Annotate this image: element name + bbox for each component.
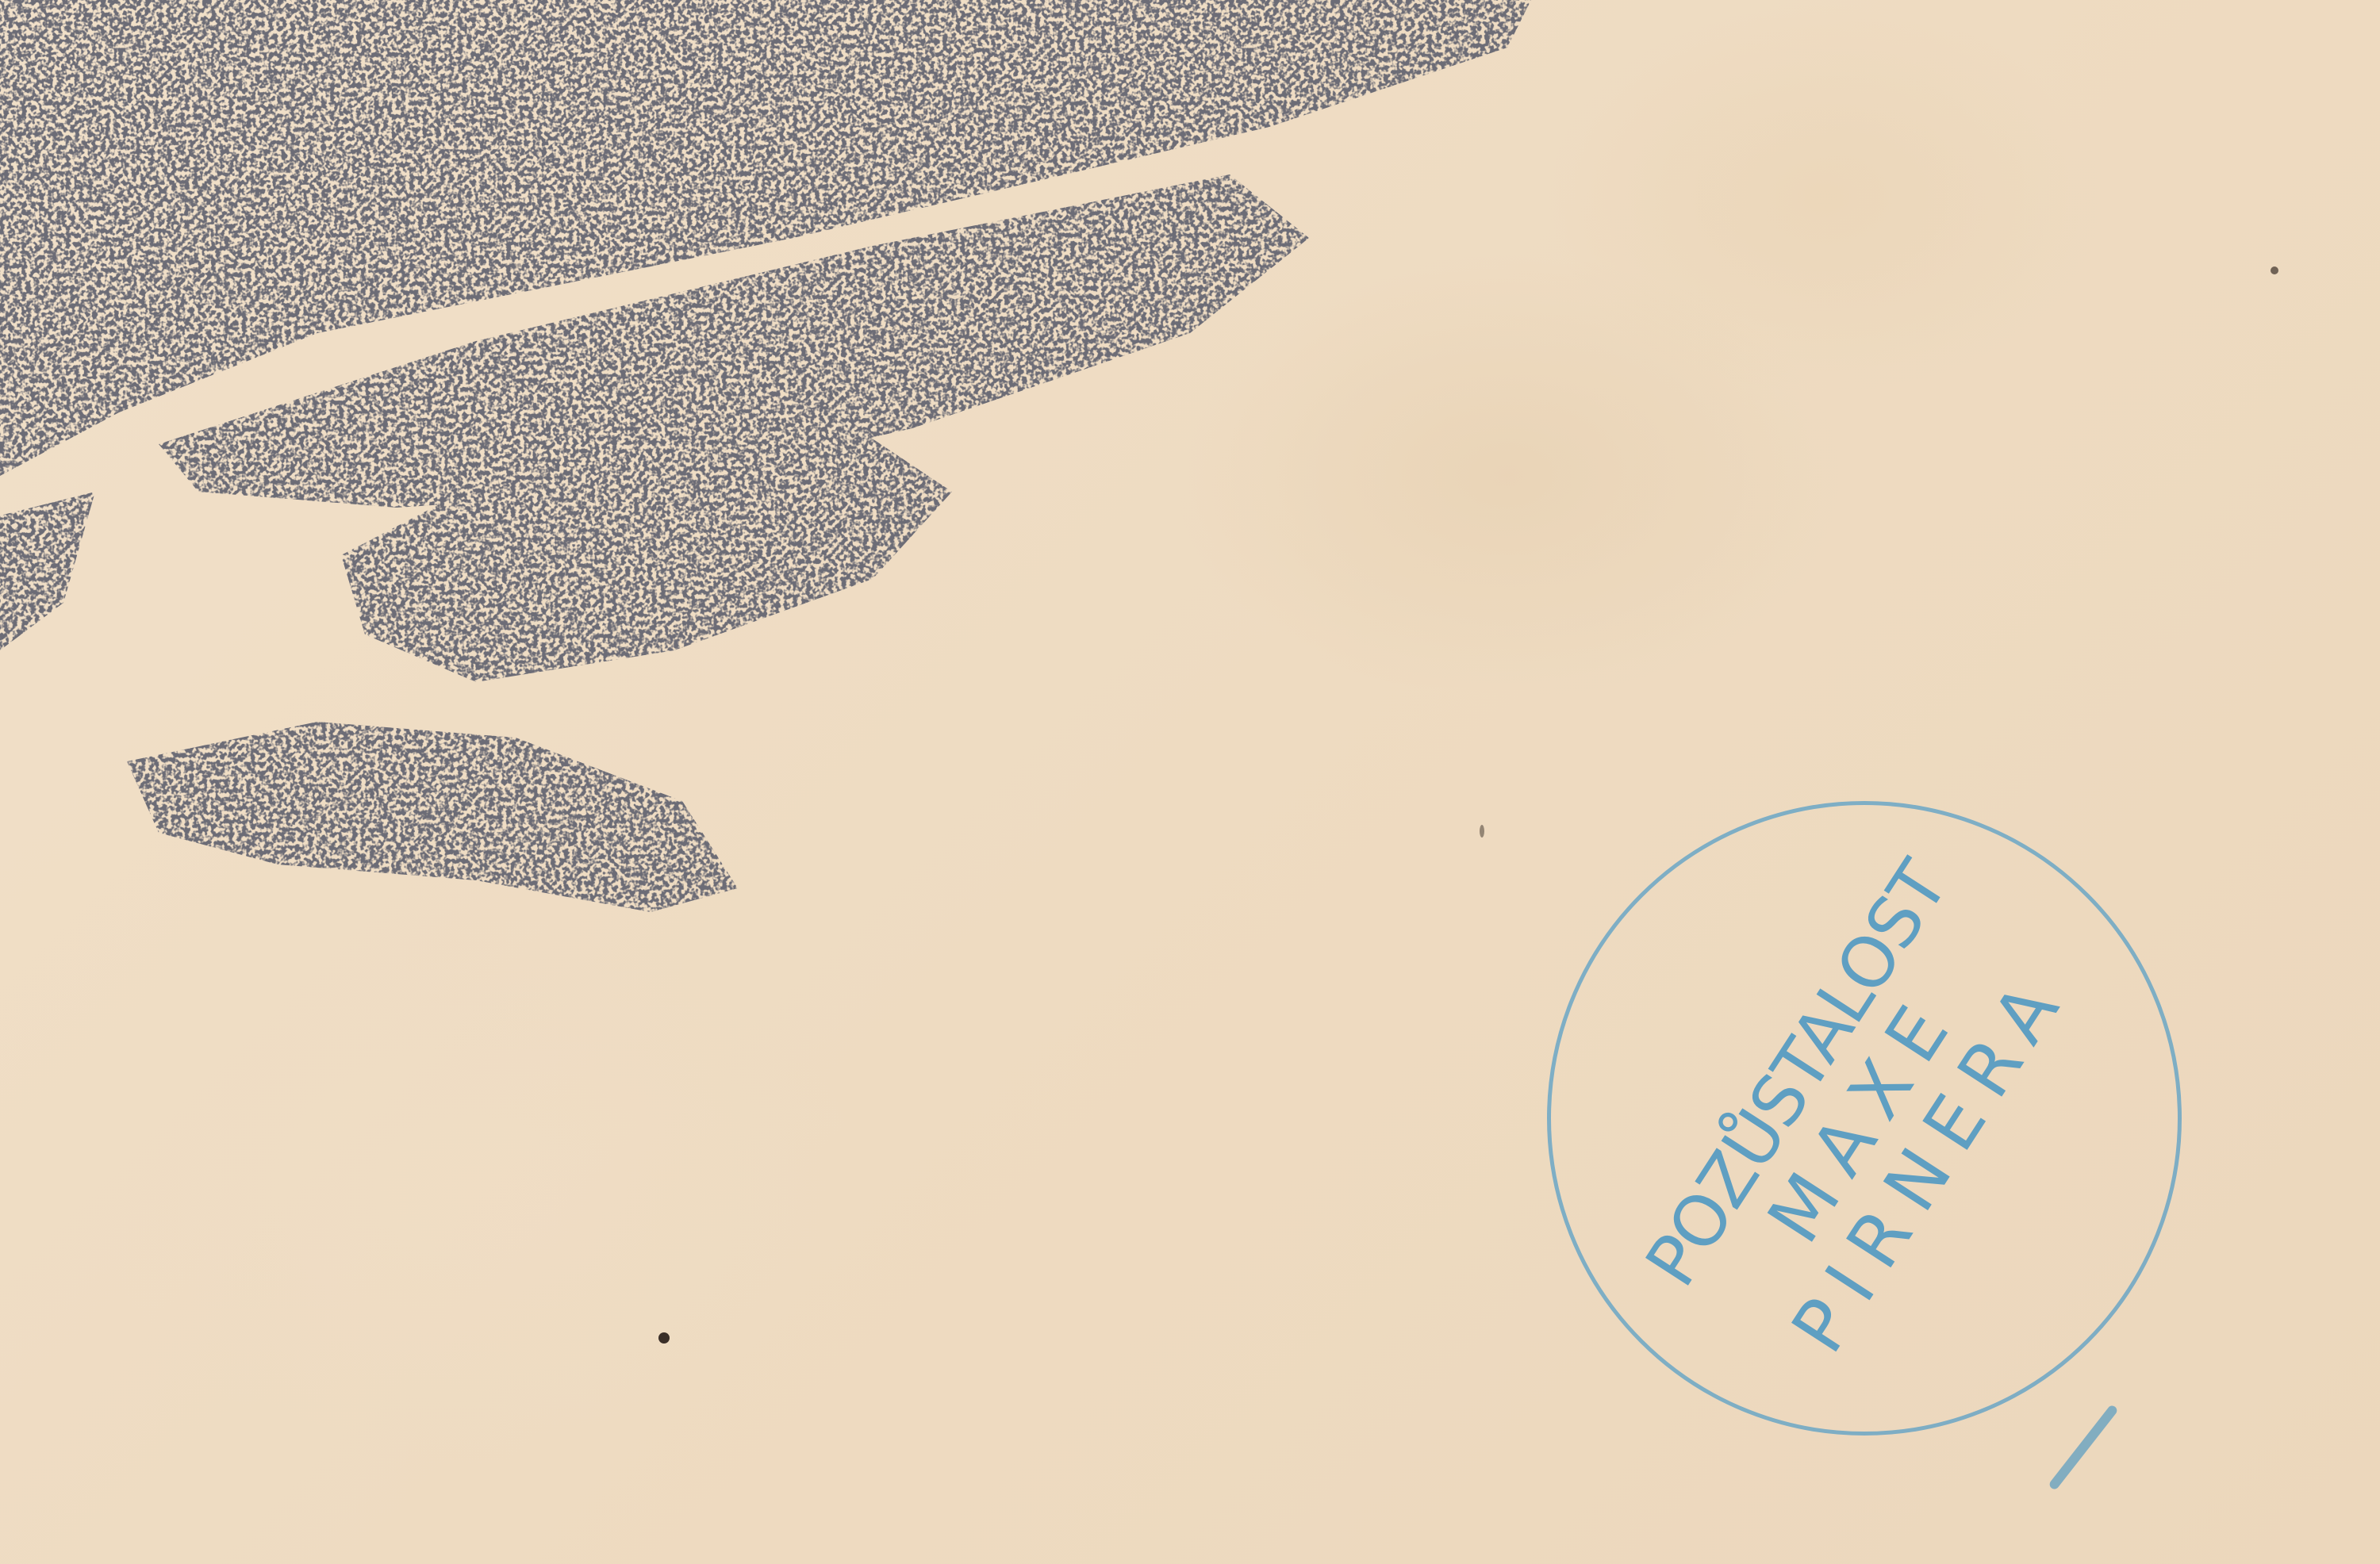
paper-speck: [658, 1332, 670, 1344]
charcoal-strokes: [0, 0, 1531, 912]
paper-speck: [2271, 266, 2278, 274]
collection-stamp: POZŮSTALOST MAXE PIRNERA: [1547, 801, 2182, 1436]
paper-speck: [1480, 825, 1484, 838]
